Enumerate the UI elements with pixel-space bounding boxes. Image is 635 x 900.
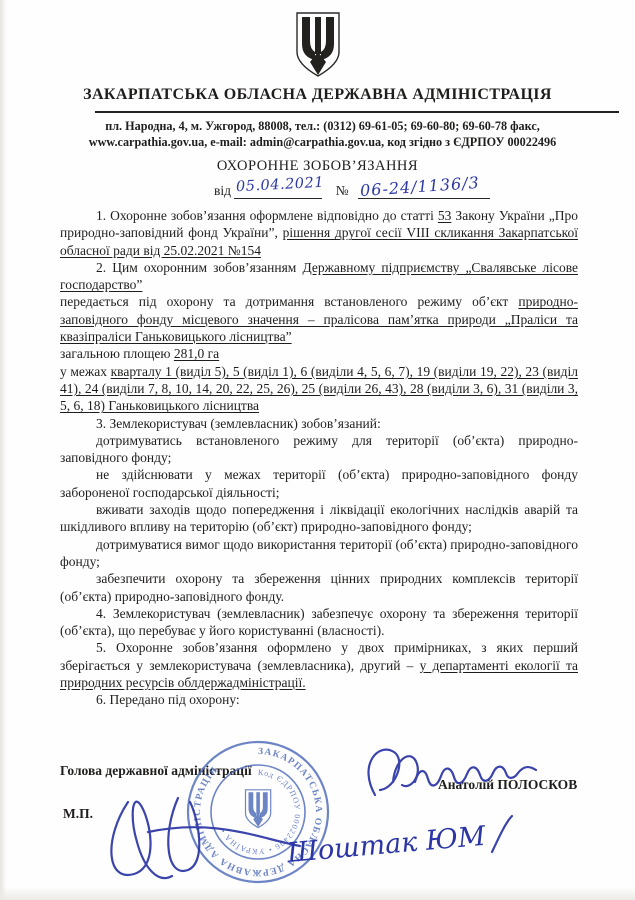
paragraph: 3. Землекористувач (землевласник) зобов’… — [60, 415, 578, 432]
paragraph: дотримуватись встановленого режиму для т… — [60, 432, 578, 467]
organization-name: ЗАКАРПАТСЬКА ОБЛАСНА ДЕРЖАВНА АДМІНІСТРА… — [0, 86, 635, 104]
paragraph: вживати заходів щодо попередження і лікв… — [60, 501, 578, 536]
signature-flourish-left — [111, 802, 172, 878]
address-line-1: пл. Народна, 4, м. Ужгород, 88008, тел.:… — [30, 119, 615, 134]
scan-edge-bottom — [0, 887, 635, 900]
handwritten-number: 06-24/1136/3 — [359, 173, 480, 200]
signatures-overlay: Шоштак ЮМ — [0, 730, 635, 900]
paragraph: 1. Охоронне зобов’язання оформлене відпо… — [60, 207, 578, 259]
reference-line: від 05.04.2021 № 06-24/1136/3 — [214, 183, 490, 199]
address-line-2: www.carpathia.gov.ua, e-mail: admin@carp… — [30, 135, 615, 150]
paragraph: загальною площею 281,0 га — [60, 345, 578, 362]
ukraine-trident-crest-icon — [292, 10, 344, 87]
ref-number-label: № — [336, 183, 349, 198]
paragraph: 6. Передано під охорону: — [60, 691, 578, 708]
paragraph: не здійснювати у межах території (об’єкт… — [60, 466, 578, 501]
ref-number-field: 06-24/1136/3 — [358, 183, 490, 199]
document-body: 1. Охоронне зобов’язання оформлене відпо… — [60, 207, 578, 709]
document-title: ОХОРОННЕ ЗОБОВ’ЯЗАННЯ — [0, 158, 635, 175]
paragraph: 2. Цим охоронним зобов’язанням Державном… — [60, 259, 578, 294]
paragraph: забезпечити охорону та збереження цінних… — [60, 570, 578, 605]
ref-from-label: від — [214, 183, 231, 198]
paragraph: 5. Охоронне зобов’язання оформлено у дво… — [60, 639, 578, 691]
letterhead-rule — [95, 111, 619, 113]
scanned-document-page: ЗАКАРПАТСЬКА ОБЛАСНА ДЕРЖАВНА АДМІНІСТРА… — [0, 0, 635, 900]
handwritten-signature-name: Шоштак ЮМ — [285, 821, 488, 869]
paragraph: у межах кварталу 1 (виділ 5), 5 (виділ 1… — [60, 363, 578, 415]
ref-date-field: 05.04.2021 — [234, 183, 322, 199]
paragraph: 4. Землекористувач (землевласник) забезп… — [60, 605, 578, 640]
paragraph: дотримуватися вимог щодо використання те… — [60, 536, 578, 571]
handwritten-date: 05.04.2021 — [236, 175, 325, 196]
paragraph: передається під охорону та дотримання вс… — [60, 293, 578, 345]
